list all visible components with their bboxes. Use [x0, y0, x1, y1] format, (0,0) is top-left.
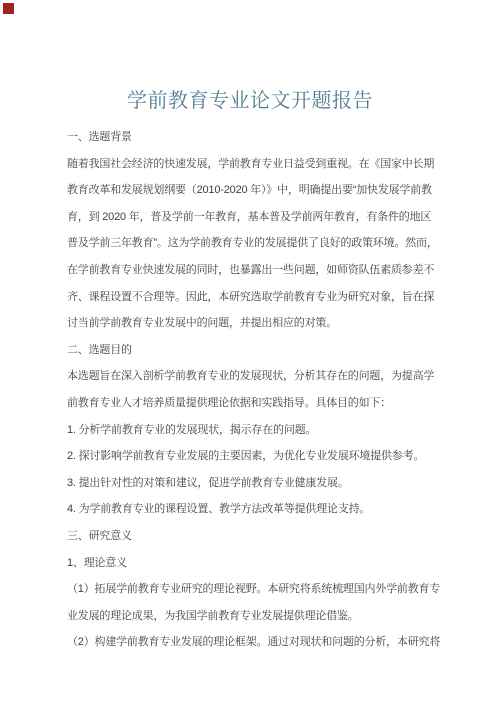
text-line: 随着我国社会经济的快速发展，学前教育专业日益受到重视。在《国家中长期 — [67, 151, 437, 178]
page-title: 学前教育专业论文开题报告 — [0, 84, 500, 113]
text-line: 讨当前学前教育专业发展中的问题，并提出相应的对策。 — [67, 310, 437, 337]
section-heading: 二、选题目的 — [67, 337, 437, 364]
text-line: 普及学前三年教育”。这为学前教育专业的发展提供了良好的政策环境。然而， — [67, 230, 437, 257]
text-line: 业发展的理论成果，为我国学前教育专业发展提供理论借鉴。 — [67, 603, 437, 630]
text-line: 1. 分析学前教育专业的发展现状，揭示存在的问题。 — [67, 417, 437, 444]
document-page: { "page": { "background_color": "#ffffff… — [0, 0, 500, 707]
text-line: 3. 提出针对性的对策和建议，促进学前教育专业健康发展。 — [67, 470, 437, 497]
text-line: 育，到 2020 年，普及学前一年教育，基本普及学前两年教育，有条件的地区 — [67, 204, 437, 231]
section-heading: 1、理论意义 — [67, 550, 437, 577]
text-line: 本选题旨在深入剖析学前教育专业的发展现状，分析其存在的问题，为提高学 — [67, 363, 437, 390]
text-line: 4. 为学前教育专业的课程设置、教学方法改革等提供理论支持。 — [67, 496, 437, 523]
text-line: （1）拓展学前教育专业研究的理论视野。本研究将系统梳理国内外学前教育专 — [67, 576, 437, 603]
document-body: 一、选题背景随着我国社会经济的快速发展，学前教育专业日益受到重视。在《国家中长期… — [67, 124, 437, 656]
section-heading: 三、研究意义 — [67, 523, 437, 550]
section-heading: 一、选题背景 — [67, 124, 437, 151]
text-line: 前教育专业人才培养质量提供理论依据和实践指导。具体目的如下： — [67, 390, 437, 417]
text-line: 在学前教育专业快速发展的同时，也暴露出一些问题，如师资队伍素质参差不 — [67, 257, 437, 284]
red-corner-marker — [3, 3, 14, 14]
text-line: 齐、课程设置不合理等。因此，本研究选取学前教育专业为研究对象，旨在探 — [67, 284, 437, 311]
text-line: （2）构建学前教育专业发展的理论框架。通过对现状和问题的分析，本研究将 — [67, 629, 437, 656]
text-line: 2. 探讨影响学前教育专业发展的主要因素，为优化专业发展环境提供参考。 — [67, 443, 437, 470]
text-line: 教育改革和发展规划纲要（2010-2020 年）》中，明确提出要“加快发展学前教 — [67, 177, 437, 204]
